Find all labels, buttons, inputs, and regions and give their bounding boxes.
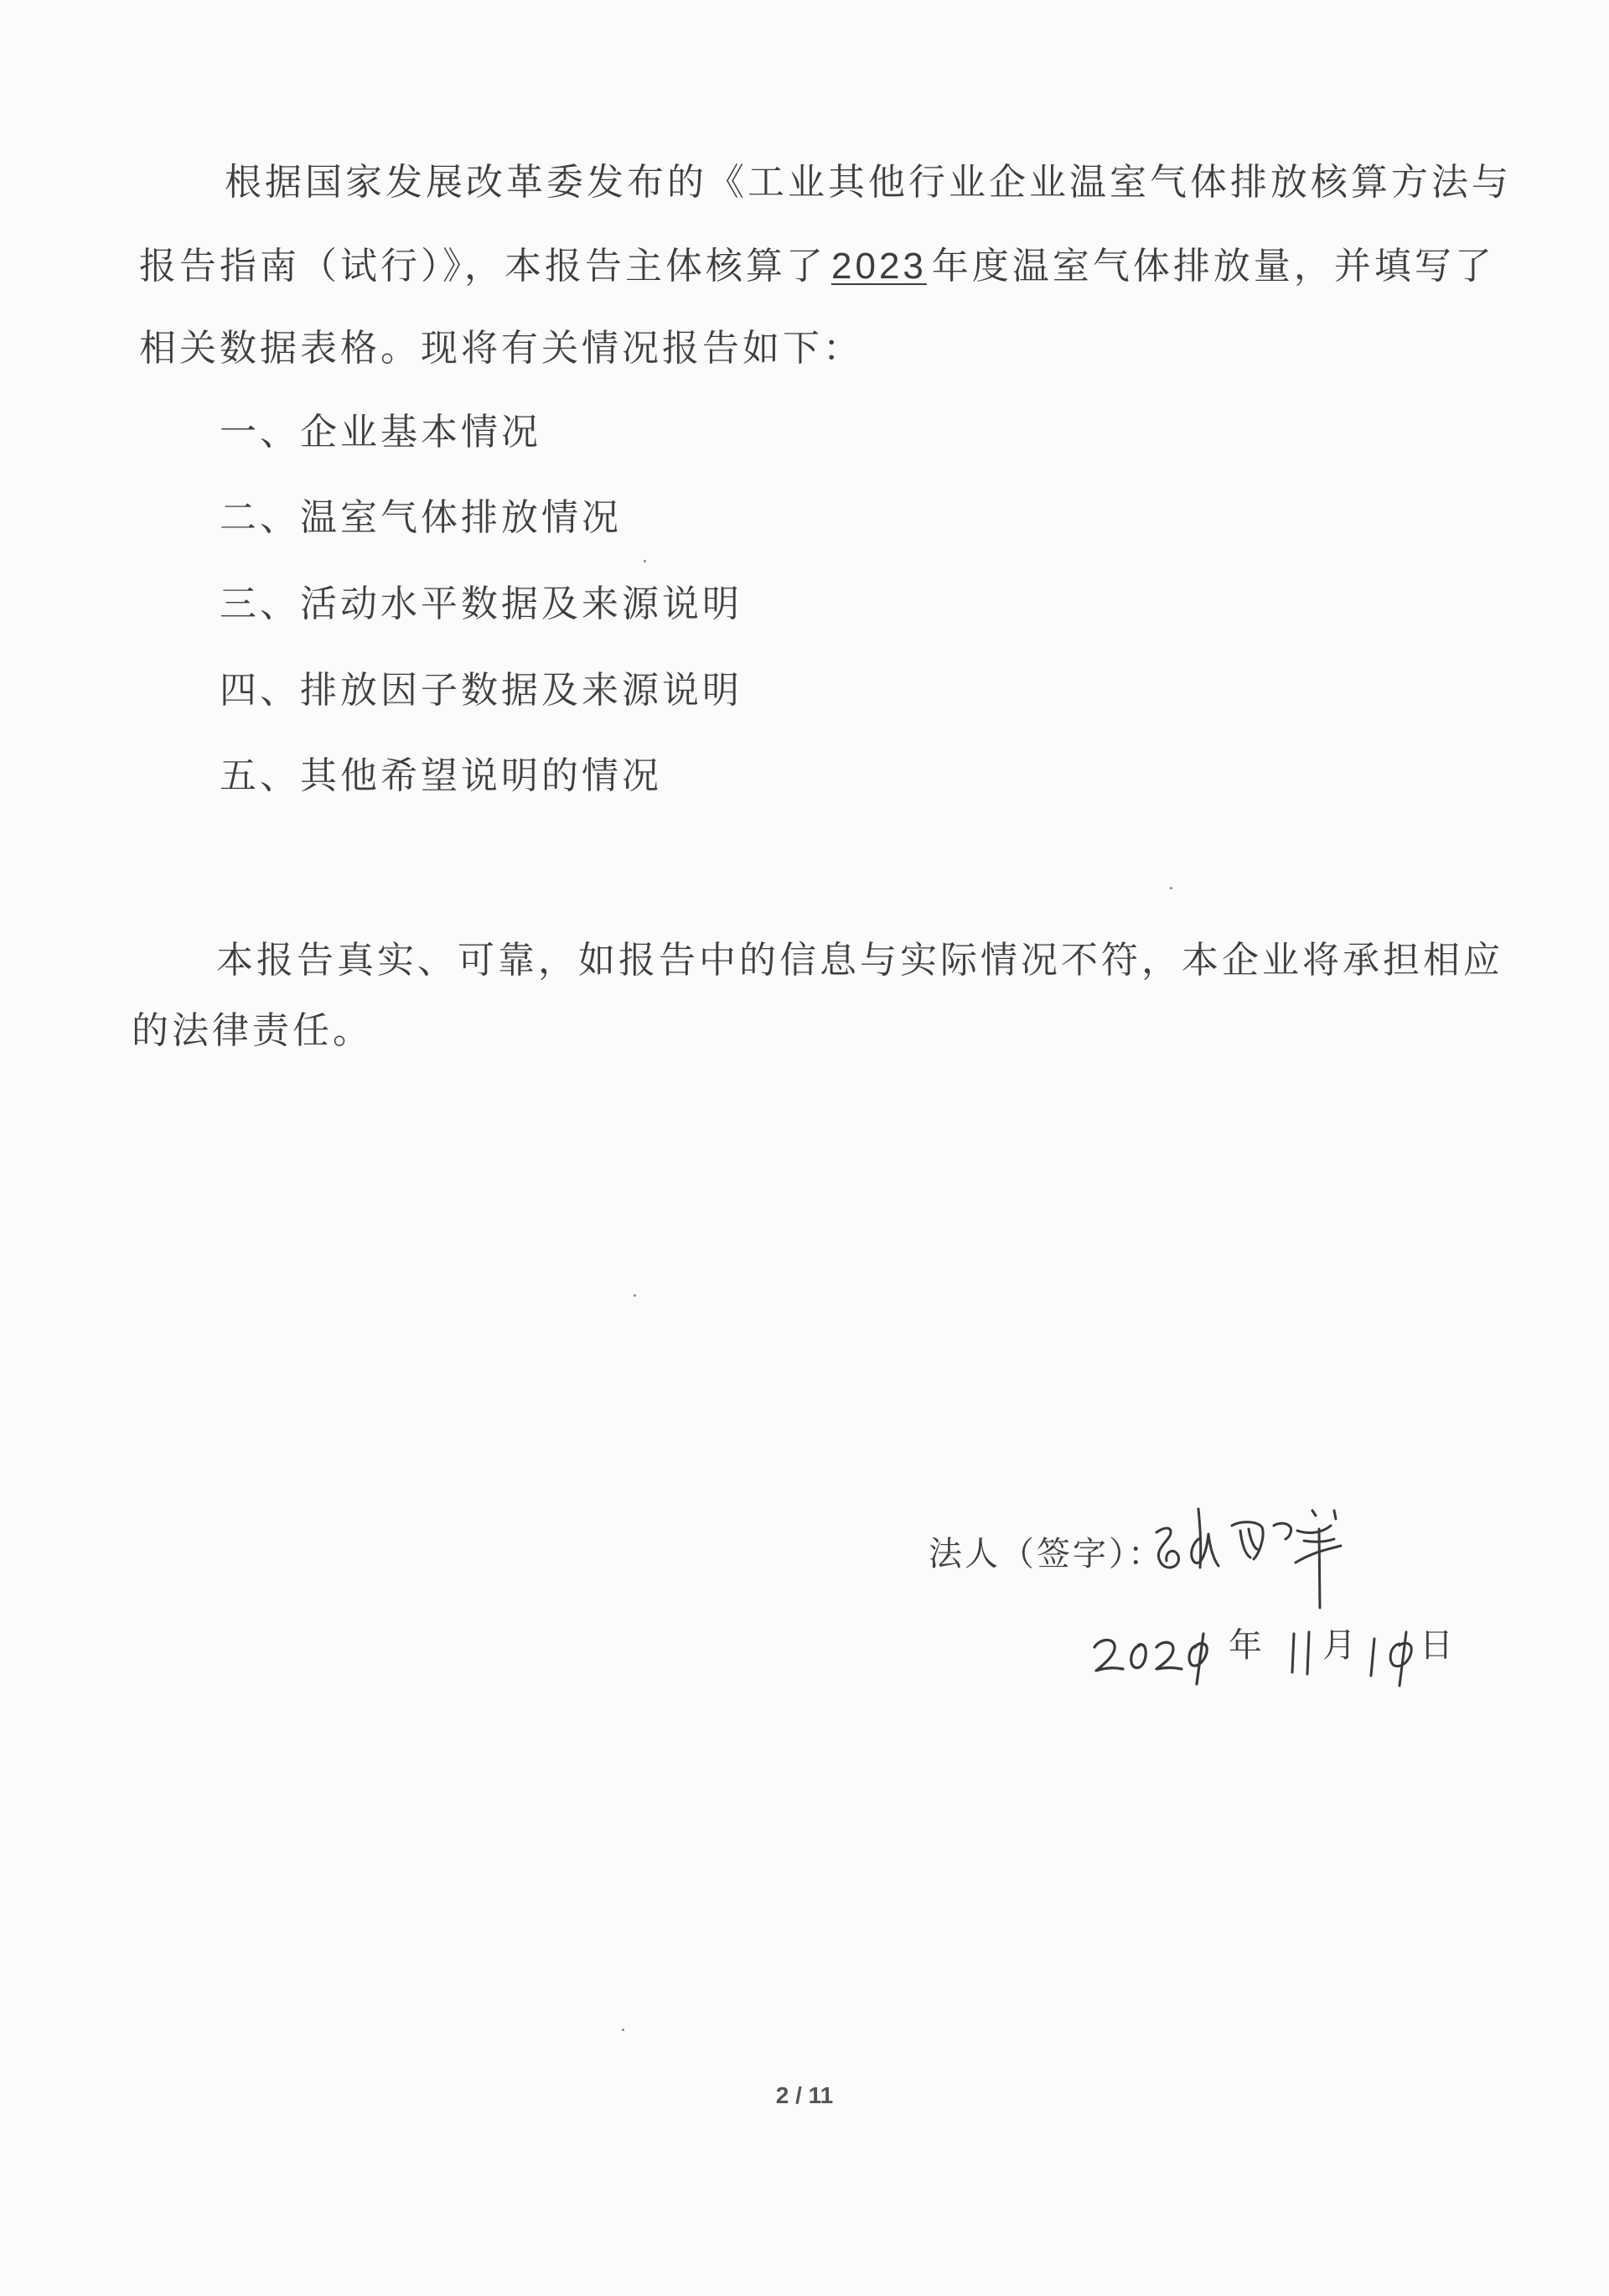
declaration-line-1: 本报告真实、可靠，如报告中的信息与实际情况不符，本企业将承担相应: [216, 936, 1465, 986]
page-number: 2 / 11: [0, 2082, 1609, 2109]
section-item-2: 二、温室气体排放情况: [220, 493, 622, 543]
handwritten-date-month: [1286, 1622, 1319, 1681]
report-year: 2023: [831, 241, 927, 292]
date-day-unit: 日: [1420, 1622, 1456, 1669]
date-month-unit: 月: [1322, 1622, 1358, 1669]
handwritten-date-year: [1089, 1622, 1240, 1689]
section-item-3: 三、活动水平数据及来源说明: [220, 579, 742, 630]
date-year-unit: 年: [1229, 1622, 1265, 1669]
intro-paragraph-line-1: 根据国家发展改革委发布的《工业其他行业企业温室气体排放核算方法与: [225, 158, 1473, 208]
handwritten-date-day: [1366, 1622, 1425, 1689]
intro-line-2-suffix: 年度温室气体排放量，并填写了: [932, 241, 1495, 292]
scan-speck: [644, 560, 646, 562]
section-item-5: 五、其他希望说明的情况: [220, 751, 662, 801]
intro-paragraph-line-2: 报告指南（试行）》，本报告主体核算了 2023 年度温室气体排放量，并填写了: [139, 241, 1473, 292]
scan-speck: [622, 2029, 624, 2031]
intro-line-2-prefix: 报告指南（试行）》，本报告主体核算了: [139, 241, 826, 292]
declaration-line-2: 的法律责任。: [132, 1006, 373, 1056]
section-item-4: 四、排放因子数据及来源说明: [220, 666, 742, 716]
scan-speck: [1170, 887, 1172, 889]
handwritten-signature: [1148, 1500, 1399, 1609]
signature-label: 法人（签字）：: [929, 1531, 1164, 1578]
scan-speck: [634, 1294, 636, 1297]
section-item-1: 一、企业基本情况: [220, 407, 541, 458]
intro-paragraph-line-3: 相关数据表格。现将有关情况报告如下：: [139, 324, 863, 374]
